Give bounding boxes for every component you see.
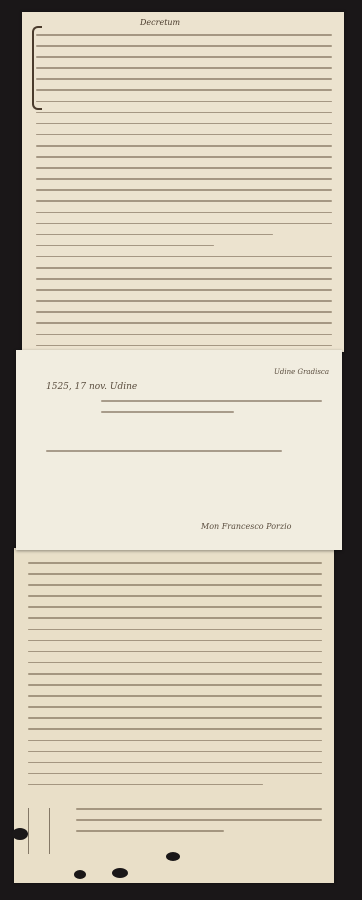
notary-subscription <box>76 808 322 841</box>
paper-insert: 1525, 17 nov. Udine Udine Gradisca Mon F… <box>16 350 342 550</box>
handwritten-text-block <box>28 562 322 795</box>
document-heading: Decretum <box>140 18 180 27</box>
hole-damage <box>12 828 28 840</box>
signature: Mon Francesco Porzio <box>201 522 291 531</box>
handwritten-text-block <box>36 34 332 367</box>
margin-note: Udine Gradisca <box>274 368 329 376</box>
manuscript-bottom-sheet <box>14 548 334 883</box>
hole-damage <box>74 870 86 879</box>
date-line: 1525, 17 nov. Udine <box>46 382 137 392</box>
manuscript-top-sheet: Decretum <box>22 12 344 352</box>
notary-signum-icon <box>28 808 50 854</box>
hole-damage <box>112 868 128 878</box>
hole-damage <box>166 852 180 861</box>
